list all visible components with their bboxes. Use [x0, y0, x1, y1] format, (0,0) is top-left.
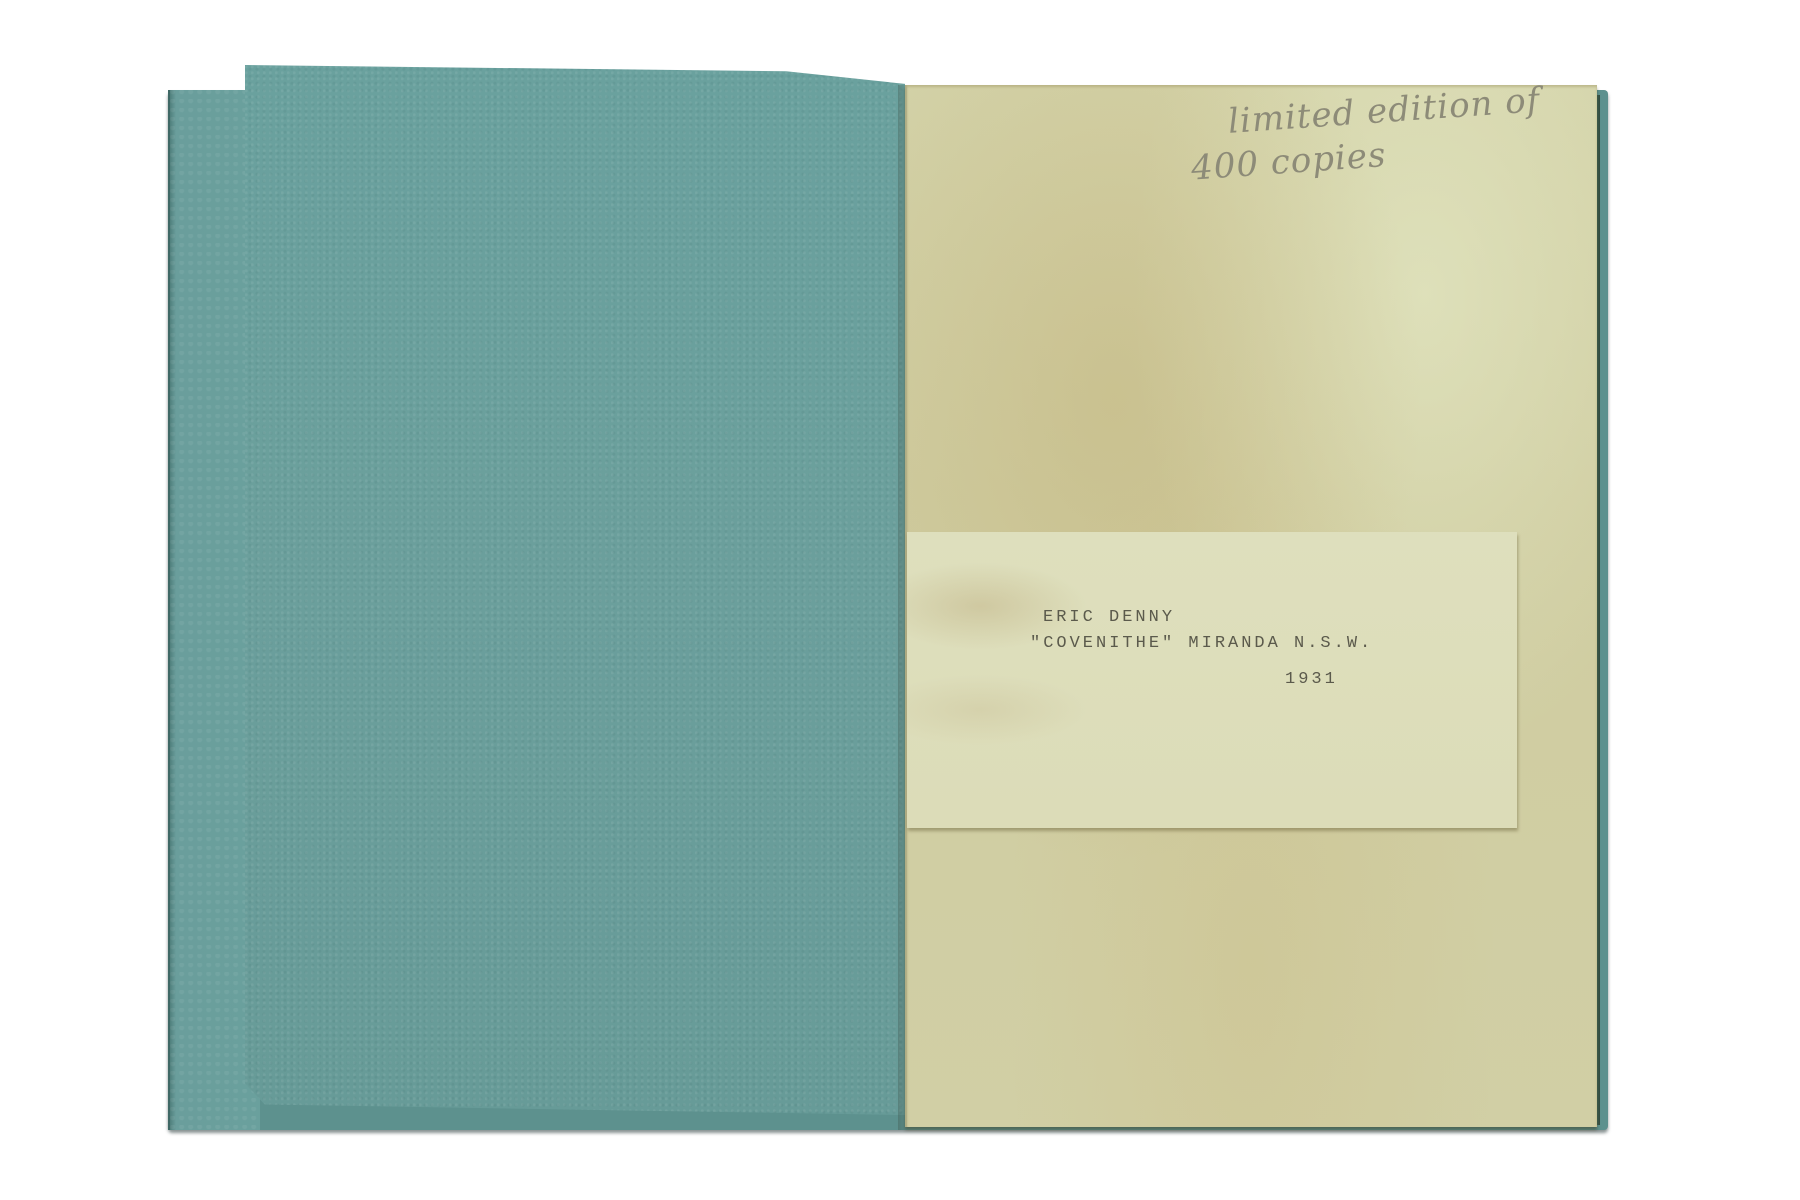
label-address: "COVENITHE" MIRANDA N.S.W.	[1030, 634, 1373, 653]
blue-endpaper-flyleaf	[245, 65, 905, 1115]
label-year: 1931	[1285, 670, 1338, 689]
pasted-typewritten-label	[907, 532, 1517, 828]
label-owner-name: ERIC DENNY	[1043, 608, 1175, 627]
